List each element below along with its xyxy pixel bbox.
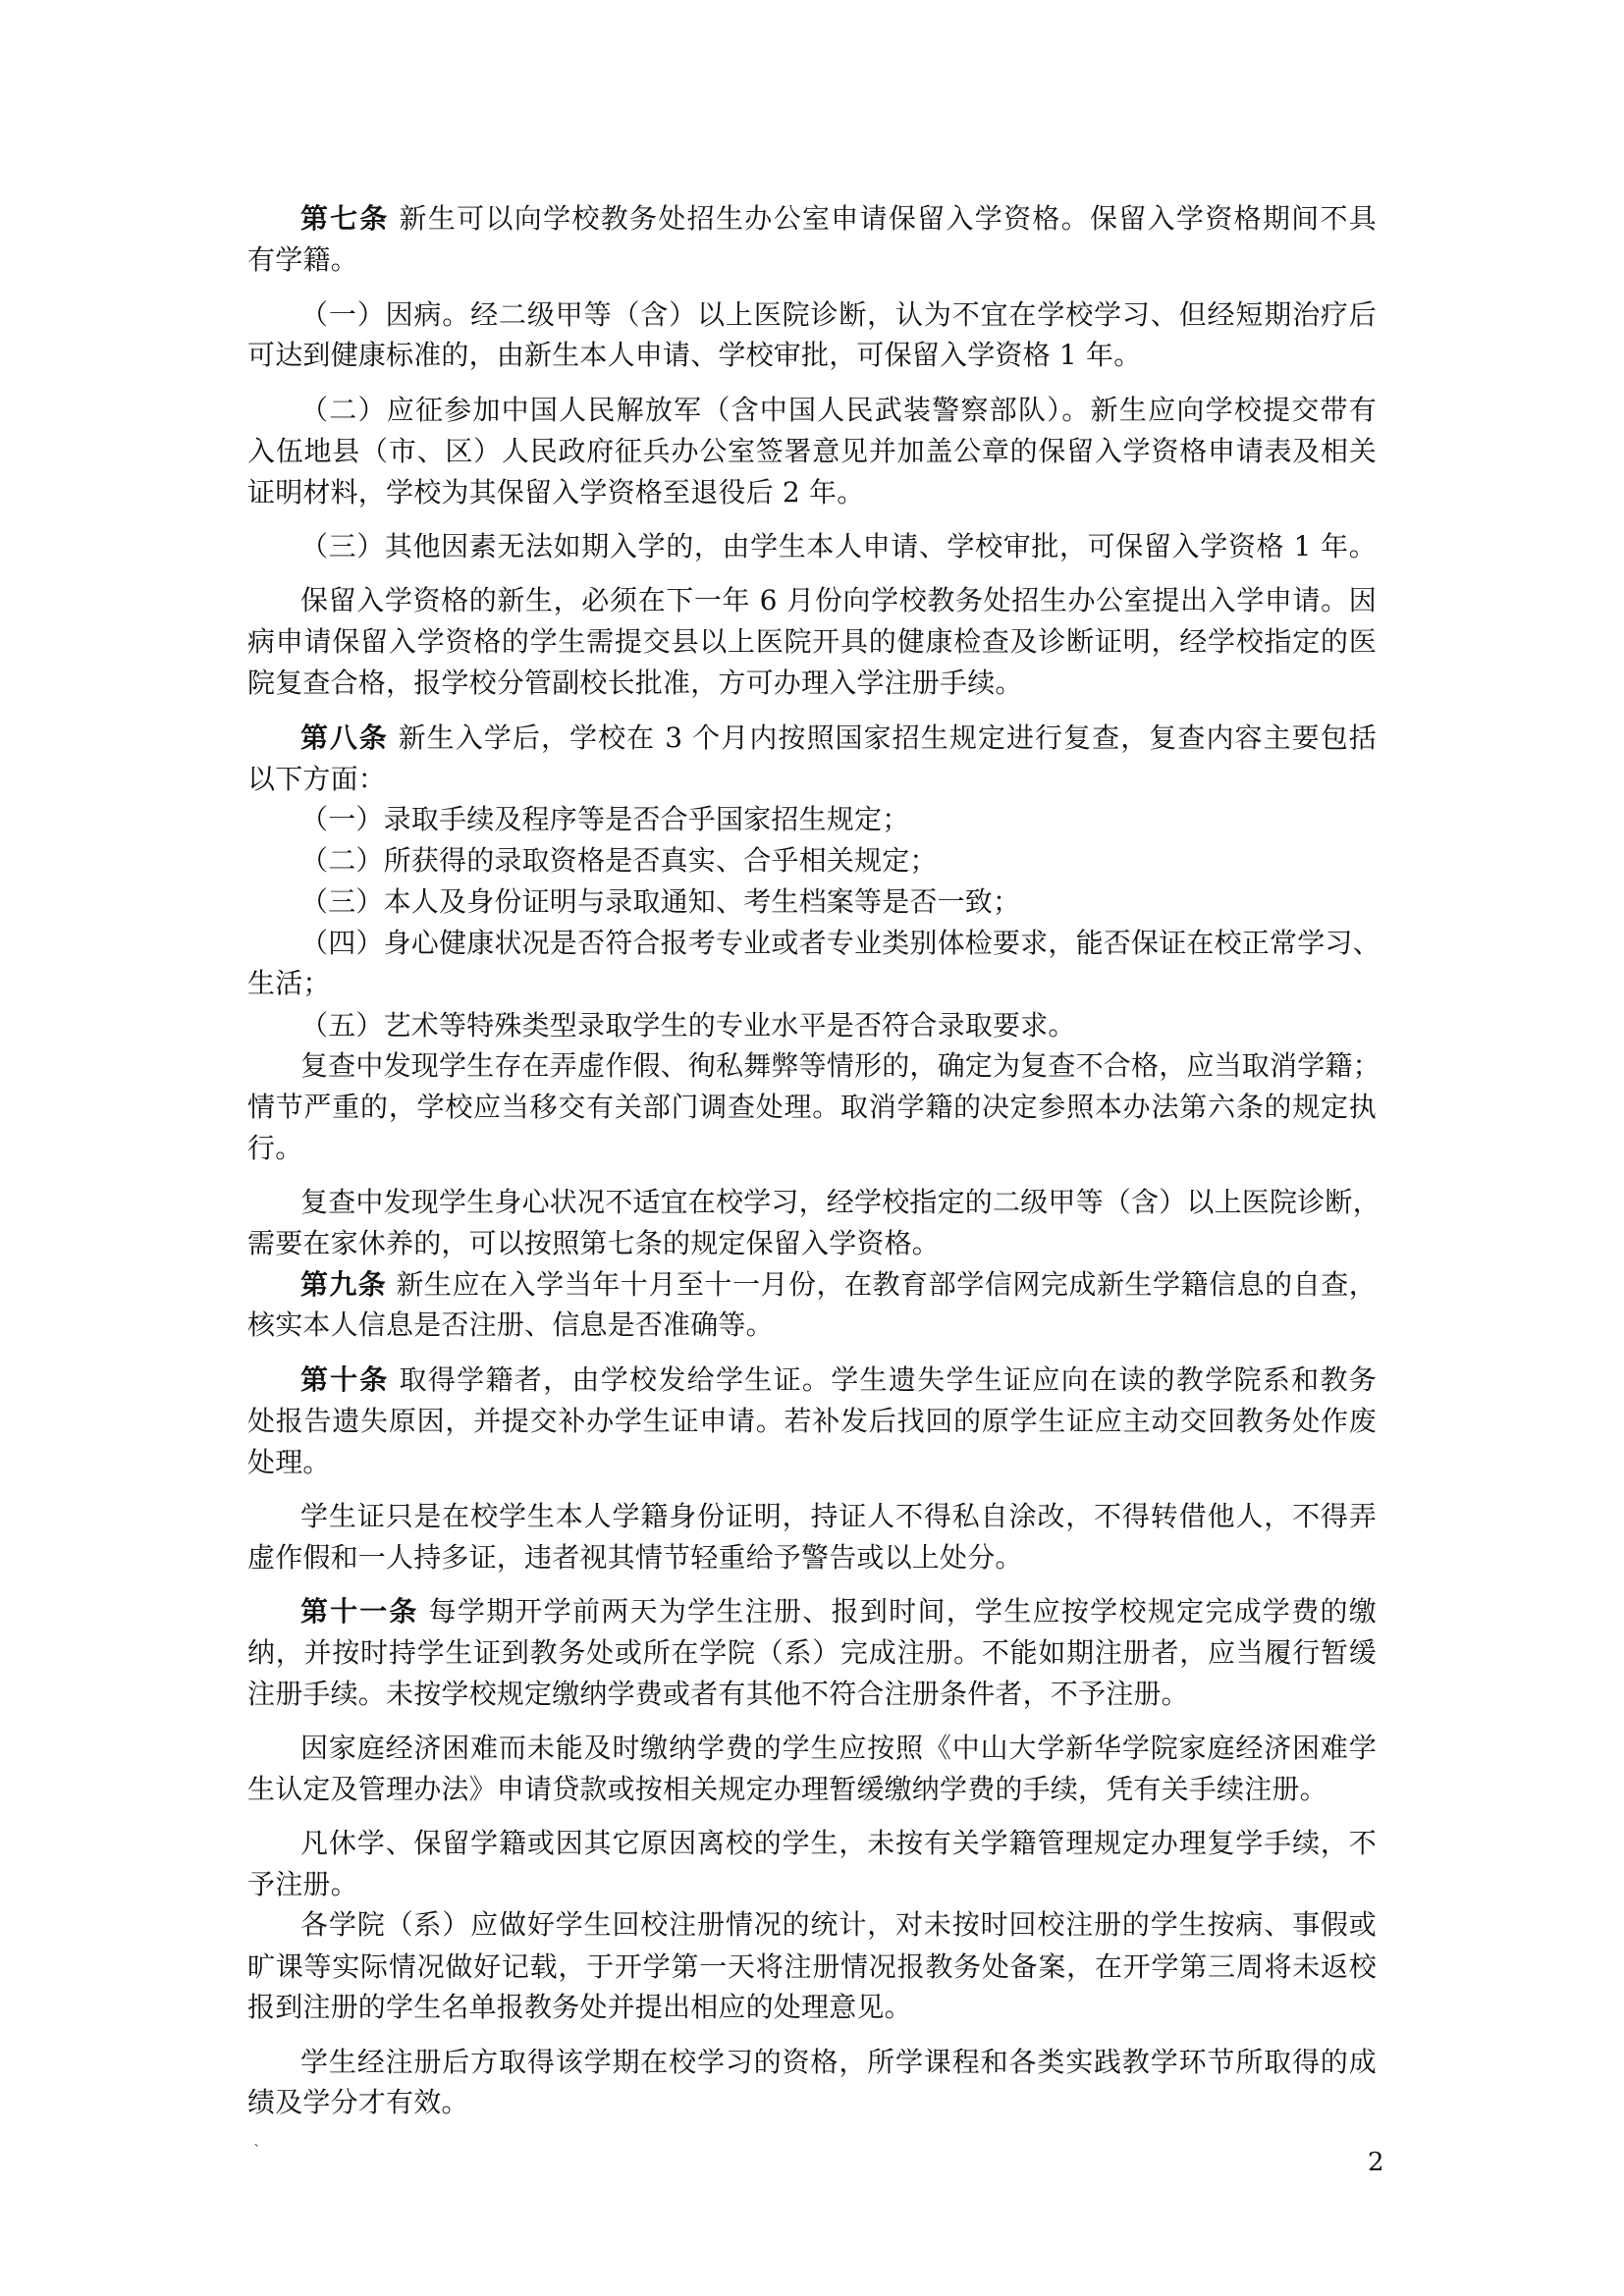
line-text: 行。 (247, 1132, 302, 1164)
line-text: 新生应在入学当年十月至十一月份，在教育部学信网完成新生学籍信息的自查， (387, 1268, 1377, 1301)
text-line: 绩及学分才有效。 (247, 2086, 1377, 2119)
text-line: 因家庭经济困难而未能及时缴纳学费的学生应按照《中山大学新华学院家庭经济困难学 (300, 1732, 1377, 1765)
line-text: 复查中发现学生存在弄虚作假、徇私舞弊等情形的，确定为复查不合格，应当取消学籍； (300, 1049, 1380, 1082)
text-line: 保留入学资格的新生，必须在下一年 6 月份向学校教务处招生办公室提出入学申请。因 (300, 584, 1377, 617)
article-heading-line: 第八条 新生入学后，学校在 3 个月内按照国家招生规定进行复查，复查内容主要包括 (300, 721, 1377, 755)
article-number: 第十一条 (300, 1595, 418, 1628)
line-text: 纳，并按时持学生证到教务处或所在学院（系）完成注册。不能如期注册者，应当履行暂缓 (247, 1636, 1377, 1669)
line-text: 每学期开学前两天为学生注册、报到时间，学生应按学校规定完成学费的缴 (418, 1595, 1377, 1628)
text-line: （五）艺术等特殊类型录取学生的专业水平是否符合录取要求。 (300, 1009, 1377, 1042)
line-text: （三）本人及身份证明与录取通知、考生档案等是否一致； (300, 885, 1020, 918)
line-text: 情节严重的，学校应当移交有关部门调查处理。取消学籍的决定参照本办法第六条的规定执 (247, 1091, 1377, 1123)
article-number: 第九条 (300, 1268, 387, 1301)
text-line: 病申请保留入学资格的学生需提交县以上医院开具的健康检查及诊断证明，经学校指定的医 (247, 625, 1377, 659)
line-text: （三）其他因素无法如期入学的，由学生本人申请、学校审批，可保留入学资格 1 年。 (300, 530, 1377, 562)
text-line: 行。 (247, 1132, 1377, 1165)
text-line: 以下方面： (247, 763, 1377, 796)
line-text: 需要在家休养的，可以按照第七条的规定保留入学资格。 (247, 1227, 940, 1259)
text-line: 报到注册的学生名单报教务处并提出相应的处理意见。 (247, 1991, 1377, 2024)
text-line: 证明材料，学校为其保留入学资格至退役后 2 年。 (247, 476, 1377, 509)
article-number: 第七条 (300, 202, 389, 235)
line-text: 保留入学资格的新生，必须在下一年 6 月份向学校教务处招生办公室提出入学申请。因 (300, 584, 1377, 616)
text-line: （三）其他因素无法如期入学的，由学生本人申请、学校审批，可保留入学资格 1 年。 (300, 530, 1377, 563)
line-text: （五）艺术等特殊类型录取学生的专业水平是否符合录取要求。 (300, 1009, 1076, 1041)
line-text: 取得学籍者，由学校发给学生证。学生遗失学生证应向在读的教学院系和教务 (389, 1363, 1377, 1396)
text-line: 复查中发现学生身心状况不适宜在校学习，经学校指定的二级甲等（含）以上医院诊断， (300, 1186, 1377, 1219)
line-text: 各学院（系）应做好学生回校注册情况的统计，对未按时回校注册的学生按病、事假或 (300, 1908, 1377, 1941)
line-text: 生活； (247, 967, 331, 999)
line-text: 复查中发现学生身心状况不适宜在校学习，经学校指定的二级甲等（含）以上医院诊断， (300, 1186, 1380, 1218)
text-line: 情节严重的，学校应当移交有关部门调查处理。取消学籍的决定参照本办法第六条的规定执 (247, 1091, 1377, 1124)
line-text: 学生经注册后方取得该学期在校学习的资格，所学课程和各类实践教学环节所取得的成 (300, 2046, 1377, 2078)
article-number: 第十条 (300, 1363, 389, 1396)
text-line: （二）所获得的录取资格是否真实、合乎相关规定； (300, 844, 1377, 878)
text-line: 有学籍。 (247, 243, 1377, 277)
page-number: 2 (1368, 2148, 1384, 2177)
line-text: 以下方面： (247, 763, 386, 795)
line-text: 新生可以向学校教务处招生办公室申请保留入学资格。保留入学资格期间不具 (389, 202, 1377, 235)
text-line: 虚作假和一人持多证，违者视其情节轻重给予警告或以上处分。 (247, 1541, 1377, 1575)
text-line: 处理。 (247, 1446, 1377, 1479)
line-text: 院复查合格，报学校分管副校长批准，方可办理入学注册手续。 (247, 667, 1023, 699)
text-line: （三）本人及身份证明与录取通知、考生档案等是否一致； (300, 885, 1377, 919)
footer-mark: ` (253, 2142, 261, 2161)
line-text: 病申请保留入学资格的学生需提交县以上医院开具的健康检查及诊断证明，经学校指定的医 (247, 625, 1377, 658)
article-heading-line: 第十一条 每学期开学前两天为学生注册、报到时间，学生应按学校规定完成学费的缴 (300, 1595, 1377, 1629)
text-line: 旷课等实际情况做好记载，于开学第一天将注册情况报教务处备案，在开学第三周将未返校 (247, 1950, 1377, 1984)
line-text: （一）录取手续及程序等是否合乎国家招生规定； (300, 803, 909, 835)
text-line: 入伍地县（市、区）人民政府征兵办公室签署意见并加盖公章的保留入学资格申请表及相关 (247, 435, 1377, 468)
text-line: （一）录取手续及程序等是否合乎国家招生规定； (300, 803, 1377, 836)
text-line: 学生经注册后方取得该学期在校学习的资格，所学课程和各类实践教学环节所取得的成 (300, 2046, 1377, 2079)
text-line: 需要在家休养的，可以按照第七条的规定保留入学资格。 (247, 1227, 1377, 1260)
line-text: 有学籍。 (247, 243, 358, 276)
line-text: （一）因病。经二级甲等（含）以上医院诊断，认为不宜在学校学习、但经短期治疗后 (300, 298, 1377, 331)
text-line: 注册手续。未按学校规定缴纳学费或者有其他不符合注册条件者，不予注册。 (247, 1678, 1377, 1711)
line-text: 报到注册的学生名单报教务处并提出相应的处理意见。 (247, 1991, 912, 2023)
line-text: 可达到健康标准的，由新生本人申请、学校审批，可保留入学资格 1 年。 (247, 339, 1141, 371)
line-text: 虚作假和一人持多证，违者视其情节轻重给予警告或以上处分。 (247, 1541, 1023, 1574)
line-text: 因家庭经济困难而未能及时缴纳学费的学生应按照《中山大学新华学院家庭经济困难学 (300, 1732, 1377, 1764)
text-line: 复查中发现学生存在弄虚作假、徇私舞弊等情形的，确定为复查不合格，应当取消学籍； (300, 1049, 1377, 1083)
line-text: （二）应征参加中国人民解放军（含中国人民武装警察部队）。新生应向学校提交带有 (300, 394, 1377, 426)
text-line: 生活； (247, 967, 1377, 1000)
line-text: 生认定及管理办法》申请贷款或按相关规定办理暂缓缴纳学费的手续，凭有关手续注册。 (247, 1773, 1327, 1805)
text-line: 纳，并按时持学生证到教务处或所在学院（系）完成注册。不能如期注册者，应当履行暂缓 (247, 1636, 1377, 1670)
line-text: 注册手续。未按学校规定缴纳学费或者有其他不符合注册条件者，不予注册。 (247, 1678, 1189, 1710)
text-line: 院复查合格，报学校分管副校长批准，方可办理入学注册手续。 (247, 667, 1377, 700)
line-text: 处报告遗失原因，并提交补办学生证申请。若补发后找回的原学生证应主动交回教务处作废 (247, 1405, 1377, 1437)
line-text: 旷课等实际情况做好记载，于开学第一天将注册情况报教务处备案，在开学第三周将未返校 (247, 1950, 1377, 1983)
line-text: 凡休学、保留学籍或因其它原因离校的学生，未按有关学籍管理规定办理复学手续，不 (300, 1827, 1377, 1859)
text-line: 予注册。 (247, 1868, 1377, 1901)
text-line: （四）身心健康状况是否符合报考专业或者专业类别体检要求，能否保证在校正常学习、 (300, 927, 1377, 960)
article-heading-line: 第九条 新生应在入学当年十月至十一月份，在教育部学信网完成新生学籍信息的自查， (300, 1268, 1377, 1302)
text-line: （二）应征参加中国人民解放军（含中国人民武装警察部队）。新生应向学校提交带有 (300, 394, 1377, 427)
line-text: 学生证只是在校学生本人学籍身份证明，持证人不得私自涂改，不得转借他人，不得弄 (300, 1500, 1377, 1532)
line-text: 绩及学分才有效。 (247, 2086, 469, 2118)
text-line: （一）因病。经二级甲等（含）以上医院诊断，认为不宜在学校学习、但经短期治疗后 (300, 298, 1377, 332)
article-heading-line: 第十条 取得学籍者，由学校发给学生证。学生遗失学生证应向在读的教学院系和教务 (300, 1363, 1377, 1397)
line-text: 入伍地县（市、区）人民政府征兵办公室签署意见并加盖公章的保留入学资格申请表及相关 (247, 435, 1377, 467)
line-text: 证明材料，学校为其保留入学资格至退役后 2 年。 (247, 476, 864, 508)
text-line: 凡休学、保留学籍或因其它原因离校的学生，未按有关学籍管理规定办理复学手续，不 (300, 1827, 1377, 1860)
text-line: 处报告遗失原因，并提交补办学生证申请。若补发后找回的原学生证应主动交回教务处作废 (247, 1405, 1377, 1438)
text-line: 可达到健康标准的，由新生本人申请、学校审批，可保留入学资格 1 年。 (247, 339, 1377, 372)
line-text: 新生入学后，学校在 3 个月内按照国家招生规定进行复查，复查内容主要包括 (389, 721, 1377, 754)
text-line: 核实本人信息是否注册、信息是否准确等。 (247, 1308, 1377, 1342)
line-text: 核实本人信息是否注册、信息是否准确等。 (247, 1308, 774, 1341)
line-text: （四）身心健康状况是否符合报考专业或者专业类别体检要求，能否保证在校正常学习、 (300, 927, 1380, 959)
text-line: 学生证只是在校学生本人学籍身份证明，持证人不得私自涂改，不得转借他人，不得弄 (300, 1500, 1377, 1533)
line-text: 处理。 (247, 1446, 331, 1478)
line-text: 予注册。 (247, 1868, 358, 1900)
text-line: 生认定及管理办法》申请贷款或按相关规定办理暂缓缴纳学费的手续，凭有关手续注册。 (247, 1773, 1377, 1806)
article-number: 第八条 (300, 721, 389, 754)
text-line: 各学院（系）应做好学生回校注册情况的统计，对未按时回校注册的学生按病、事假或 (300, 1908, 1377, 1942)
document-page: 第七条 新生可以向学校教务处招生办公室申请保留入学资格。保留入学资格期间不具有学… (0, 0, 1624, 2296)
article-heading-line: 第七条 新生可以向学校教务处招生办公室申请保留入学资格。保留入学资格期间不具 (300, 202, 1377, 236)
line-text: （二）所获得的录取资格是否真实、合乎相关规定； (300, 844, 938, 877)
